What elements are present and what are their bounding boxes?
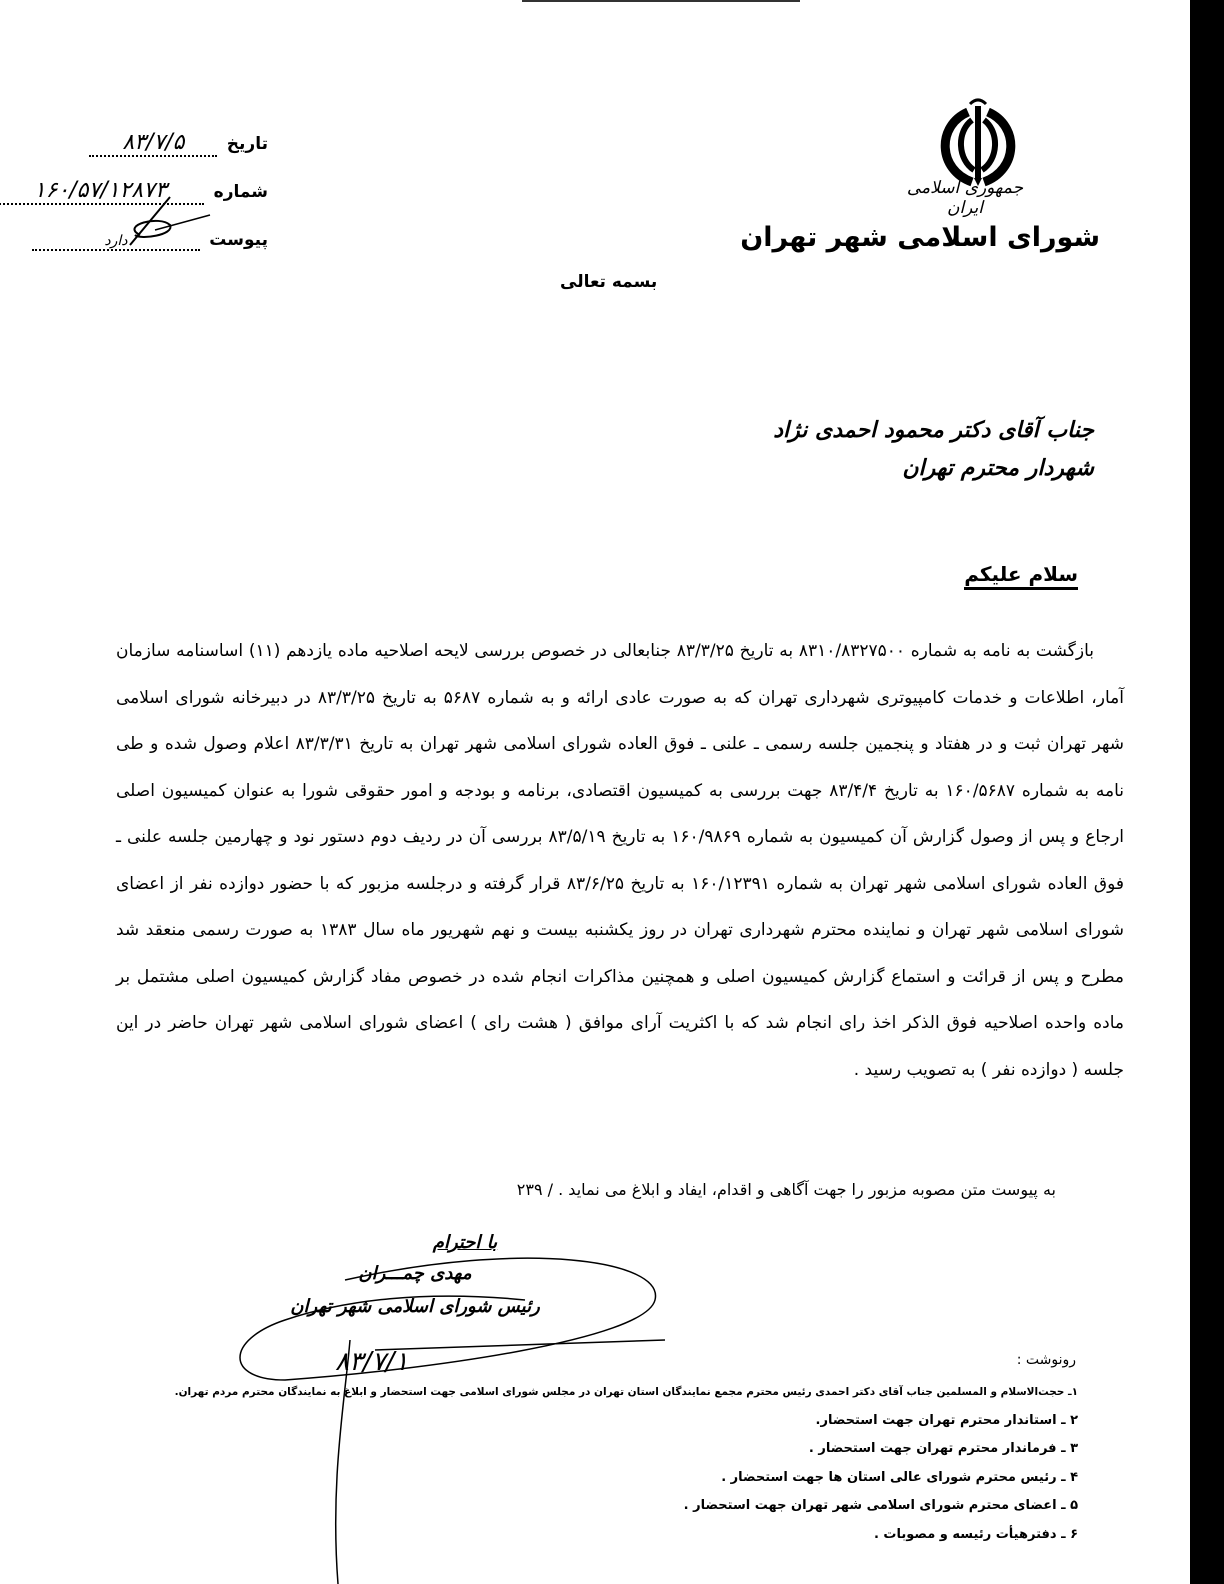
initials-scribble-icon: [100, 195, 220, 255]
cc-item: ۱ـ حجت‌الاسلام و المسلمین جناب آقای دکتر…: [175, 1378, 1078, 1407]
signer-name: مهدی چمـــران: [270, 1263, 560, 1284]
body-paragraph: بازگشت به نامه به شماره ۸۳۱۰/۸۳۲۷۵۰۰ به …: [116, 628, 1124, 1093]
iran-emblem-icon: [928, 98, 1028, 188]
scan-artifact-top-line: [522, 0, 800, 2]
number-label: شماره: [214, 182, 268, 202]
regards: با احترام: [370, 1232, 560, 1253]
cc-list: ۱ـ حجت‌الاسلام و المسلمین جناب آقای دکتر…: [175, 1378, 1078, 1549]
cc-item: ۳ ـ فرماندار محترم تهران جهت استحضار .: [175, 1435, 1078, 1464]
greeting: سلام علیکم: [964, 561, 1078, 590]
signer-position: رئیس شورای اسلامی شهر تهران: [270, 1296, 560, 1317]
signature-block: با احترام مهدی چمـــران رئیس شورای اسلام…: [270, 1232, 560, 1317]
cc-item: ۲ ـ استاندار محترم تهران جهت استحضار.: [175, 1407, 1078, 1436]
cc-label: رونوشت :: [1017, 1352, 1076, 1368]
date-row: تاریخ ۸۳/۷/۵: [89, 130, 268, 157]
invocation-heading: بسمه تعالی: [560, 272, 657, 292]
date-label: تاریخ: [227, 134, 268, 154]
addressee-title: شهردار محترم تهران: [902, 456, 1094, 481]
addressee-name: جناب آقای دکتر محمود احمدی نژاد: [773, 418, 1094, 443]
organization-title: شورای اسلامی شهر تهران: [740, 222, 1100, 253]
emblem-caption: جمهوری اسلامی ایران: [900, 178, 1030, 218]
date-value: ۸۳/۷/۵: [89, 130, 217, 157]
cc-item: ۴ ـ رئیس محترم شورای عالی استان ها جهت ا…: [175, 1464, 1078, 1493]
cc-item: ۵ ـ اعضای محترم شورای اسلامی شهر تهران ج…: [175, 1492, 1078, 1521]
scan-border-right: [1190, 0, 1224, 1584]
cc-item: ۶ ـ دفترهیأت رئیسه و مصوبات .: [175, 1521, 1078, 1550]
closing-line: به پیوست متن مصوبه مزبور را جهت آگاهی و …: [517, 1180, 1056, 1199]
letter-body: بازگشت به نامه به شماره ۸۳۱۰/۸۳۲۷۵۰۰ به …: [116, 628, 1124, 1093]
